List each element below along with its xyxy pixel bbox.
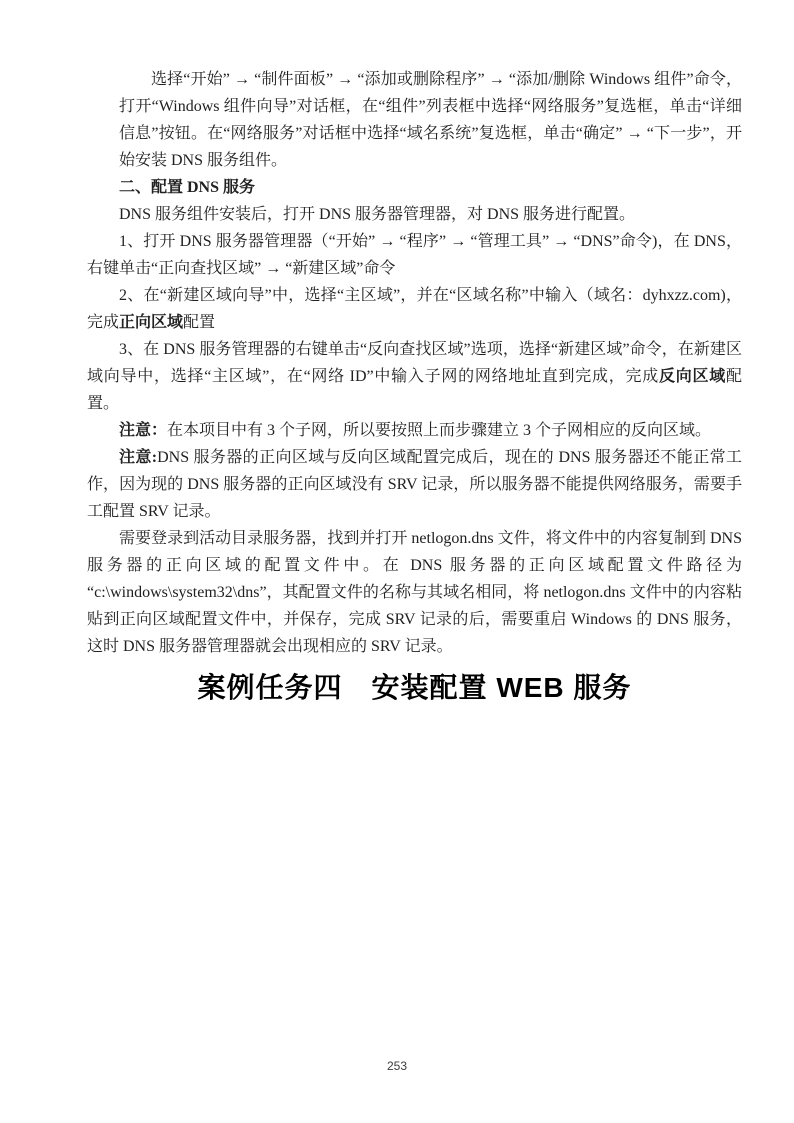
text-run: 在本项目中有 3 个子网，所以要按照上而步骤建立 3 个子网相应的反向区域。 xyxy=(167,422,711,439)
heading-configure-dns-service: 二、配置 DNS 服务 xyxy=(87,174,742,201)
text-run: 案例任务四 安装配置 WEB 服务 xyxy=(198,672,632,703)
para-step-3-reverse-zone: 3、在 DNS 服务管理器的右键单击“反向查找区域”选项，选择“新建区域”命令，… xyxy=(87,336,742,417)
document-body: 选择“开始” → “制件面板” → “添加或删除程序” → “添加/删除 Win… xyxy=(87,66,742,708)
para-install-dns-component: 选择“开始” → “制件面板” → “添加或删除程序” → “添加/删除 Win… xyxy=(87,66,742,174)
text-run: 3、在 DNS 服务管理器的右键单击“反向查找区域”选项，选择“新建区域”命令，… xyxy=(87,341,742,385)
heading-case-task-4-web-service: 案例任务四 安装配置 WEB 服务 xyxy=(87,668,742,708)
text-run: 反向区域 xyxy=(659,368,726,385)
text-run: 二、配置 DNS 服务 xyxy=(119,179,255,196)
para-dns-config-intro: DNS 服务组件安装后，打开 DNS 服务器管理器，对 DNS 服务进行配置。 xyxy=(87,201,742,228)
page-footer: 253 xyxy=(0,1059,794,1073)
para-step-2-forward-zone: 2、在“新建区域向导”中，选择“主区域”，并在“区域名称”中输入（域名：dyhx… xyxy=(87,282,742,336)
para-note-subnets: 注意：在本项目中有 3 个子网，所以要按照上而步骤建立 3 个子网相应的反向区域… xyxy=(87,417,742,444)
text-run: DNS 服务组件安装后，打开 DNS 服务器管理器，对 DNS 服务进行配置。 xyxy=(119,206,635,223)
page-number: 253 xyxy=(387,1059,407,1073)
text-run: 注意: xyxy=(119,449,157,466)
para-note-srv-records: 注意:DNS 服务器的正向区域与反向区域配置完成后，现在的 DNS 服务器还不能… xyxy=(87,444,742,525)
text-run: 选择“开始” → “制件面板” → “添加或删除程序” → “添加/删除 Win… xyxy=(119,71,742,169)
text-run: DNS 服务器的正向区域与反向区域配置完成后，现在的 DNS 服务器还不能正常工… xyxy=(87,449,742,520)
para-step-1-open-dns-manager: 1、打开 DNS 服务器管理器（“开始” → “程序” → “管理工具” → “… xyxy=(87,228,742,282)
para-netlogon-dns: 需要登录到活动目录服务器，找到并打开 netlogon.dns 文件，将文件中的… xyxy=(87,525,742,660)
text-run: 配置 xyxy=(183,314,215,331)
text-run: 1、打开 DNS 服务器管理器（“开始” → “程序” → “管理工具” → “… xyxy=(87,233,742,277)
document-page: 选择“开始” → “制件面板” → “添加或删除程序” → “添加/删除 Win… xyxy=(0,0,794,1123)
text-run: 需要登录到活动目录服务器，找到并打开 netlogon.dns 文件，将文件中的… xyxy=(87,530,742,655)
text-run: 正向区域 xyxy=(119,314,183,331)
text-run: 注意： xyxy=(119,422,167,439)
